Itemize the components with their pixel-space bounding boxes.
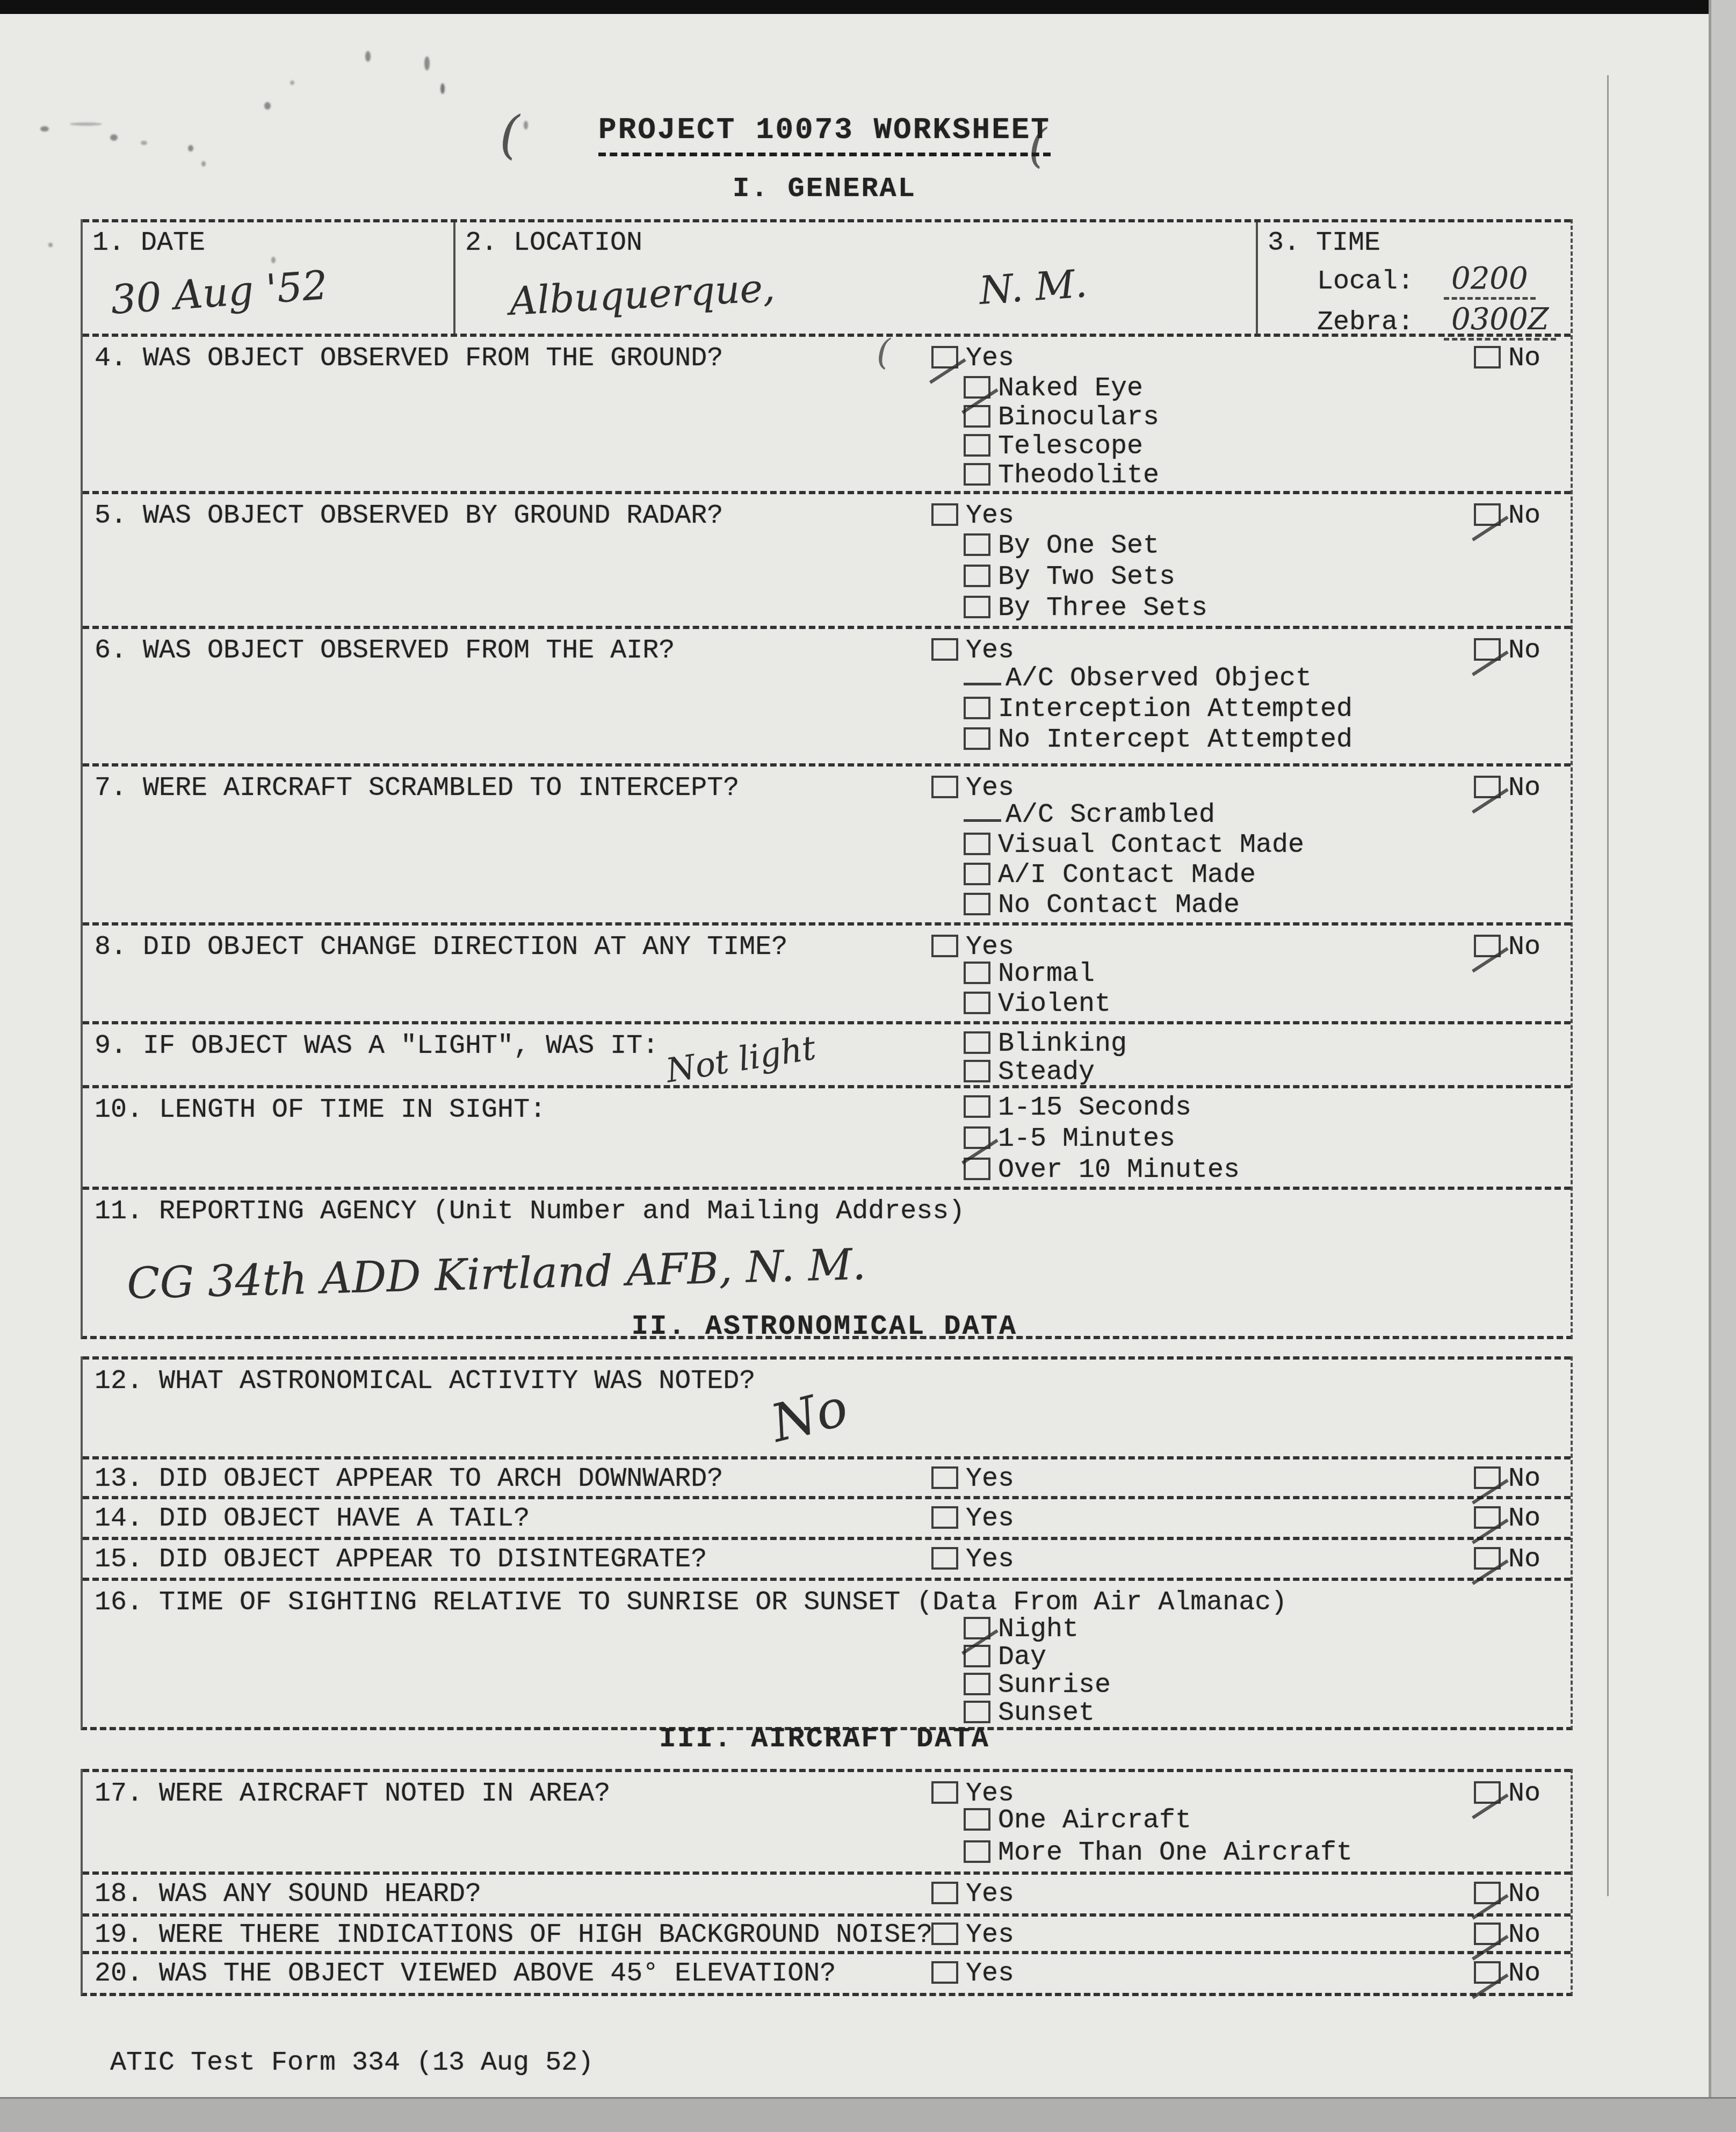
yes-option: Yes [931, 1879, 1014, 1910]
option-checkbox [964, 863, 990, 885]
scan-top-edge [0, 0, 1736, 14]
date-label: 1. DATE [92, 228, 205, 258]
option-row: A/I Contact Made [964, 860, 1304, 890]
blank-line [964, 804, 1001, 822]
option-label: Normal [998, 959, 1095, 989]
no-option: No [1474, 773, 1540, 804]
yes-label: Yes [966, 932, 1014, 963]
option-list: Blinking Steady [964, 1029, 1127, 1086]
option-row: By Two Sets [964, 562, 1207, 593]
yes-label: Yes [966, 1464, 1014, 1494]
no-label: No [1508, 932, 1540, 963]
yes-option: Yes [931, 1920, 1014, 1950]
option-label: More Than One Aircraft [998, 1838, 1352, 1868]
yes-checkbox [931, 638, 958, 661]
handwritten-date: 30 Aug '52 [109, 262, 329, 323]
no-option: No [1474, 1544, 1540, 1575]
question-13-row: 13. DID OBJECT APPEAR TO ARCH DOWNWARD? … [83, 1456, 1571, 1496]
option-label: A/C Observed Object [1006, 663, 1312, 694]
option-checkbox [964, 533, 990, 556]
yes-label: Yes [966, 635, 1014, 666]
option-label: Binoculars [998, 402, 1159, 433]
title-block: PROJECT 10073 WORKSHEET [81, 113, 1568, 156]
option-row: Sunset [964, 1698, 1111, 1726]
zebra-time-line: Zebra: 0300Z [1317, 302, 1556, 338]
question-label: 6. WAS OBJECT OBSERVED FROM THE AIR? [95, 635, 675, 666]
option-label: Day [998, 1642, 1046, 1673]
question-label: 4. WAS OBJECT OBSERVED FROM THE GROUND? [95, 343, 723, 374]
option-label: Over 10 Minutes [998, 1155, 1240, 1186]
question-label: 10. LENGTH OF TIME IN SIGHT: [95, 1095, 546, 1125]
option-label: Interception Attempted [998, 694, 1352, 725]
question-17-row: 17. WERE AIRCRAFT NOTED IN AREA? Yes No … [83, 1769, 1571, 1871]
option-label: Visual Contact Made [998, 830, 1304, 861]
option-checkbox [964, 1158, 990, 1180]
option-row: Violent [964, 989, 1111, 1019]
no-label: No [1508, 635, 1540, 666]
question-10-row: 10. LENGTH OF TIME IN SIGHT: 1-15 Second… [83, 1085, 1571, 1187]
handwritten-location-city: Albuquerque, [508, 265, 776, 324]
option-row: 1-15 Seconds [964, 1093, 1240, 1124]
no-option: No [1474, 343, 1540, 374]
question-label: 17. WERE AIRCRAFT NOTED IN AREA? [95, 1779, 610, 1809]
question-label: 8. DID OBJECT CHANGE DIRECTION AT ANY TI… [95, 932, 787, 963]
option-list: A/C Observed Object Interception Attempt… [964, 663, 1352, 755]
option-label: By Three Sets [998, 593, 1207, 624]
option-checkbox [964, 727, 990, 750]
time-label: 3. TIME [1268, 228, 1380, 258]
option-row: Day [964, 1642, 1111, 1670]
page-title: PROJECT 10073 WORKSHEET [598, 113, 1051, 156]
yes-label: Yes [966, 1779, 1014, 1809]
yes-label: Yes [966, 1504, 1014, 1534]
option-label: Violent [998, 989, 1111, 1020]
no-label: No [1508, 1544, 1540, 1575]
yes-label: Yes [966, 1879, 1014, 1910]
stray-pencil-mark: ( [877, 331, 891, 373]
no-checkbox [1474, 638, 1501, 661]
time-cell: 3. TIME Local: 0200 Zebra: 0300Z [1256, 222, 1571, 334]
question-8-row: 8. DID OBJECT CHANGE DIRECTION AT ANY TI… [83, 922, 1571, 1021]
option-row: No Contact Made [964, 890, 1304, 920]
option-checkbox [964, 1095, 990, 1118]
option-checkbox [964, 1808, 990, 1831]
option-list: By One Set By Two Sets By Three Sets [964, 531, 1207, 624]
yes-label: Yes [966, 501, 1014, 531]
option-row: By Three Sets [964, 593, 1207, 624]
option-row: Visual Contact Made [964, 830, 1304, 860]
no-option: No [1474, 635, 1540, 666]
yes-option: Yes [931, 1958, 1014, 1989]
no-checkbox [1474, 1547, 1501, 1570]
yes-label: Yes [966, 1958, 1014, 1989]
question-label: 15. DID OBJECT APPEAR TO DISINTEGRATE? [95, 1544, 707, 1575]
yes-option: Yes [931, 1779, 1014, 1809]
option-label: Naked Eye [998, 373, 1143, 404]
scan-fold-line [1607, 75, 1609, 1896]
general-table: 1. DATE 30 Aug '52 2. LOCATION Albuquerq… [81, 219, 1573, 1339]
question-20-row: 20. WAS THE OBJECT VIEWED ABOVE 45° ELEV… [83, 1951, 1571, 1993]
scan-right-edge [1709, 0, 1736, 2132]
no-checkbox [1474, 1882, 1501, 1904]
no-option: No [1474, 1920, 1540, 1950]
option-checkbox [964, 1031, 990, 1054]
question-label: 9. IF OBJECT WAS A "LIGHT", WAS IT: [95, 1031, 659, 1061]
option-row: Night [964, 1614, 1111, 1642]
no-option: No [1474, 1464, 1540, 1494]
aircraft-table: 17. WERE AIRCRAFT NOTED IN AREA? Yes No … [81, 1769, 1573, 1996]
option-list: 1-15 Seconds 1-5 Minutes Over 10 Minutes [964, 1093, 1240, 1186]
option-row: Binoculars [964, 402, 1159, 431]
local-time-line: Local: 0200 [1317, 261, 1536, 297]
handwritten-answer: No [765, 1377, 854, 1454]
option-checkbox [964, 376, 990, 399]
option-label: Night [998, 1614, 1079, 1645]
date-cell: 1. DATE 30 Aug '52 [83, 222, 453, 334]
no-label: No [1508, 1779, 1540, 1809]
handwritten-location-state: N. M. [978, 261, 1088, 313]
option-label: No Contact Made [998, 890, 1240, 921]
yes-option: Yes [931, 501, 1014, 531]
option-row: A/C Observed Object [964, 663, 1352, 694]
no-label: No [1508, 773, 1540, 804]
no-label: No [1508, 1879, 1540, 1910]
no-label: No [1508, 501, 1540, 531]
date-location-time-row: 1. DATE 30 Aug '52 2. LOCATION Albuquerq… [83, 219, 1571, 334]
option-label: Steady [998, 1057, 1095, 1088]
yes-label: Yes [966, 773, 1014, 804]
option-checkbox [964, 596, 990, 618]
option-checkbox [964, 992, 990, 1014]
no-option: No [1474, 501, 1540, 531]
option-row: Telescope [964, 431, 1159, 460]
handwritten-reporting-agency: CG 34th ADD Kirtland AFB, N. M. [126, 1239, 866, 1309]
no-checkbox [1474, 776, 1501, 798]
question-19-row: 19. WERE THERE INDICATIONS OF HIGH BACKG… [83, 1913, 1571, 1951]
no-checkbox [1474, 503, 1501, 526]
yes-checkbox [931, 1506, 958, 1529]
yes-checkbox [931, 346, 958, 368]
local-time-label: Local: [1317, 266, 1414, 297]
option-row: More Than One Aircraft [964, 1838, 1352, 1870]
option-checkbox [964, 1617, 990, 1639]
no-label: No [1508, 1464, 1540, 1494]
yes-option: Yes [931, 932, 1014, 963]
option-checkbox [964, 1701, 990, 1723]
option-checkbox [964, 434, 990, 457]
option-list: One Aircraft More Than One Aircraft [964, 1805, 1352, 1870]
no-checkbox [1474, 346, 1501, 368]
yes-option: Yes [931, 635, 1014, 666]
option-label: By Two Sets [998, 562, 1175, 592]
question-label: 7. WERE AIRCRAFT SCRAMBLED TO INTERCEPT? [95, 773, 739, 804]
no-label: No [1508, 343, 1540, 374]
location-label: 2. LOCATION [465, 228, 642, 258]
option-label: By One Set [998, 531, 1159, 561]
question-16-row: 16. TIME OF SIGHTING RELATIVE TO SUNRISE… [83, 1578, 1571, 1727]
option-row: By One Set [964, 531, 1207, 562]
question-label: 20. WAS THE OBJECT VIEWED ABOVE 45° ELEV… [95, 1958, 836, 1989]
option-checkbox [964, 405, 990, 428]
option-label: Sunrise [998, 1670, 1111, 1701]
yes-checkbox [931, 1923, 958, 1945]
option-row: Blinking [964, 1029, 1127, 1057]
option-checkbox [964, 1645, 990, 1667]
no-option: No [1474, 932, 1540, 963]
yes-checkbox [931, 935, 958, 957]
question-label: 14. DID OBJECT HAVE A TAIL? [95, 1504, 530, 1534]
no-checkbox [1474, 1506, 1501, 1529]
option-list: Naked Eye Binoculars Telescope Theodolit… [964, 373, 1159, 489]
option-checkbox [964, 962, 990, 984]
form-number: ATIC Test Form 334 (13 Aug 52) [110, 2048, 594, 2078]
option-list: Normal Violent [964, 959, 1111, 1019]
option-row: Naked Eye [964, 373, 1159, 402]
option-row: Theodolite [964, 460, 1159, 489]
option-row: One Aircraft [964, 1805, 1352, 1838]
yes-checkbox [931, 776, 958, 798]
question-label: 16. TIME OF SIGHTING RELATIVE TO SUNRISE… [95, 1587, 1287, 1618]
option-label: A/I Contact Made [998, 860, 1256, 891]
yes-option: Yes [931, 1464, 1014, 1494]
option-label: No Intercept Attempted [998, 725, 1352, 755]
blank-line [964, 668, 1001, 685]
no-label: No [1508, 1920, 1540, 1950]
no-checkbox [1474, 1466, 1501, 1489]
question-label: 19. WERE THERE INDICATIONS OF HIGH BACKG… [95, 1920, 932, 1950]
scan-bottom-edge [0, 2097, 1736, 2132]
no-option: No [1474, 1958, 1540, 1989]
question-9-row: 9. IF OBJECT WAS A "LIGHT", WAS IT: Not … [83, 1021, 1571, 1085]
question-4-row: 4. WAS OBJECT OBSERVED FROM THE GROUND? … [83, 334, 1571, 491]
option-label: Blinking [998, 1029, 1127, 1059]
no-option: No [1474, 1879, 1540, 1910]
option-row: Normal [964, 959, 1111, 989]
option-row: A/C Scrambled [964, 800, 1304, 830]
option-checkbox [964, 893, 990, 915]
yes-checkbox [931, 1781, 958, 1804]
handwritten-local-time: 0200 [1444, 261, 1536, 300]
no-label: No [1508, 1504, 1540, 1534]
no-label: No [1508, 1958, 1540, 1989]
yes-checkbox [931, 1961, 958, 1984]
option-label: One Aircraft [998, 1805, 1191, 1836]
question-5-row: 5. WAS OBJECT OBSERVED BY GROUND RADAR? … [83, 491, 1571, 626]
option-checkbox [964, 463, 990, 486]
question-label: 12. WHAT ASTRONOMICAL ACTIVITY WAS NOTED… [95, 1366, 755, 1397]
astronomical-table: 12. WHAT ASTRONOMICAL ACTIVITY WAS NOTED… [81, 1356, 1573, 1730]
option-checkbox [964, 1840, 990, 1863]
no-option: No [1474, 1504, 1540, 1534]
yes-option: Yes [931, 773, 1014, 804]
option-row: No Intercept Attempted [964, 725, 1352, 755]
option-list: A/C Scrambled Visual Contact Made A/I Co… [964, 800, 1304, 920]
option-label: A/C Scrambled [1006, 800, 1215, 830]
option-label: 1-15 Seconds [998, 1093, 1191, 1123]
option-row: Over 10 Minutes [964, 1155, 1240, 1186]
option-checkbox [964, 697, 990, 719]
question-label: 11. REPORTING AGENCY (Unit Number and Ma… [95, 1196, 965, 1227]
question-12-row: 12. WHAT ASTRONOMICAL ACTIVITY WAS NOTED… [83, 1356, 1571, 1456]
yes-label: Yes [966, 1920, 1014, 1950]
no-option: No [1474, 1779, 1540, 1809]
question-label: 18. WAS ANY SOUND HEARD? [95, 1879, 481, 1910]
option-checkbox [964, 1060, 990, 1082]
no-checkbox [1474, 935, 1501, 957]
section-heading-general: I. GENERAL [81, 173, 1568, 205]
handwritten-note: Not light [663, 1028, 818, 1090]
yes-label: Yes [966, 343, 1014, 374]
yes-option: Yes [931, 1544, 1014, 1575]
yes-label: Yes [966, 1544, 1014, 1575]
question-label: 13. DID OBJECT APPEAR TO ARCH DOWNWARD? [95, 1464, 723, 1494]
no-checkbox [1474, 1961, 1501, 1984]
option-label: Theodolite [998, 460, 1159, 491]
yes-option: Yes [931, 343, 1014, 374]
option-row: Sunrise [964, 1670, 1111, 1698]
no-checkbox [1474, 1923, 1501, 1945]
section-heading-astronomical: II. ASTRONOMICAL DATA [81, 1311, 1568, 1342]
option-checkbox [964, 1126, 990, 1149]
location-cell: 2. LOCATION Albuquerque, N. M. [453, 222, 1256, 334]
scanned-worksheet-page: ( ( PROJECT 10073 WORKSHEET I. GENERAL 1… [0, 0, 1736, 2132]
option-row: Interception Attempted [964, 694, 1352, 725]
section-heading-aircraft: III. AIRCRAFT DATA [81, 1723, 1568, 1755]
question-6-row: 6. WAS OBJECT OBSERVED FROM THE AIR? Yes… [83, 626, 1571, 763]
option-checkbox [964, 1673, 990, 1695]
yes-checkbox [931, 1466, 958, 1489]
option-list: Night Day Sunrise Sunset [964, 1614, 1111, 1726]
question-15-row: 15. DID OBJECT APPEAR TO DISINTEGRATE? Y… [83, 1537, 1571, 1578]
yes-checkbox [931, 1882, 958, 1904]
option-label: 1-5 Minutes [998, 1124, 1175, 1154]
yes-option: Yes [931, 1504, 1014, 1534]
question-7-row: 7. WERE AIRCRAFT SCRAMBLED TO INTERCEPT?… [83, 763, 1571, 922]
yes-checkbox [931, 503, 958, 526]
yes-checkbox [931, 1547, 958, 1570]
question-14-row: 14. DID OBJECT HAVE A TAIL? Yes No [83, 1496, 1571, 1537]
option-row: Steady [964, 1057, 1127, 1086]
option-label: Telescope [998, 431, 1143, 462]
question-label: 5. WAS OBJECT OBSERVED BY GROUND RADAR? [95, 501, 723, 531]
option-checkbox [964, 833, 990, 855]
question-18-row: 18. WAS ANY SOUND HEARD? Yes No [83, 1871, 1571, 1913]
no-checkbox [1474, 1781, 1501, 1804]
option-checkbox [964, 565, 990, 587]
option-row: 1-5 Minutes [964, 1124, 1240, 1155]
